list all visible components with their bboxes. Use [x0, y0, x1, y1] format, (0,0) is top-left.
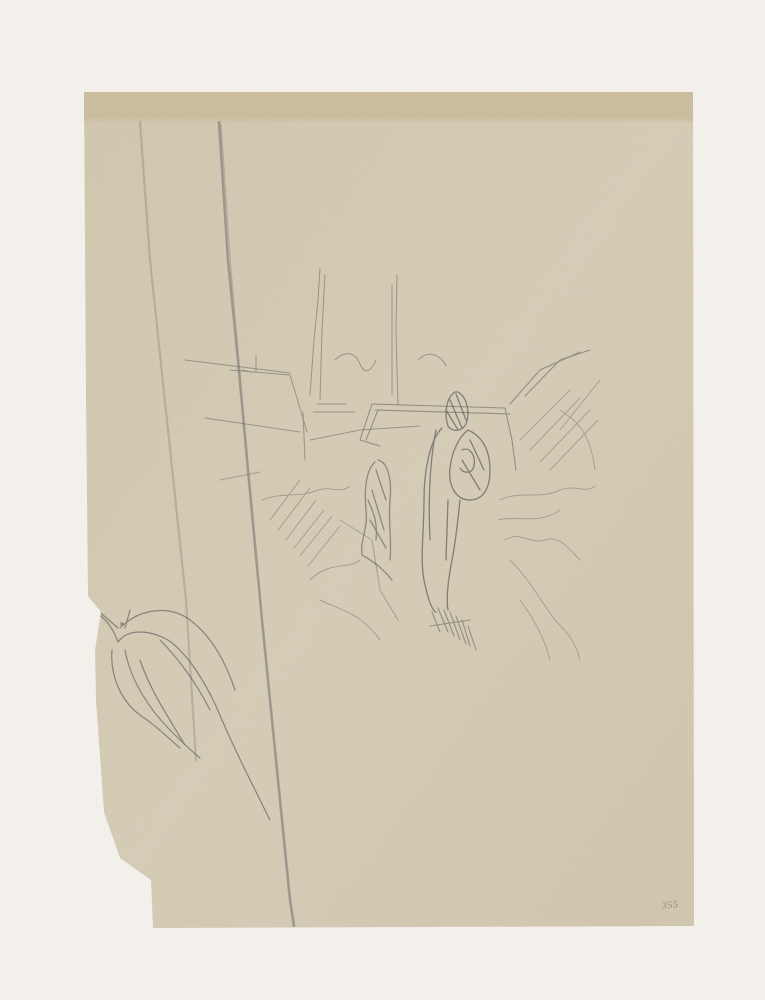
artwork-scan: 355: [0, 0, 765, 1000]
sketch-sheet: [0, 0, 765, 1000]
inventory-number: 355: [661, 899, 679, 912]
stain-mark: [120, 622, 124, 626]
